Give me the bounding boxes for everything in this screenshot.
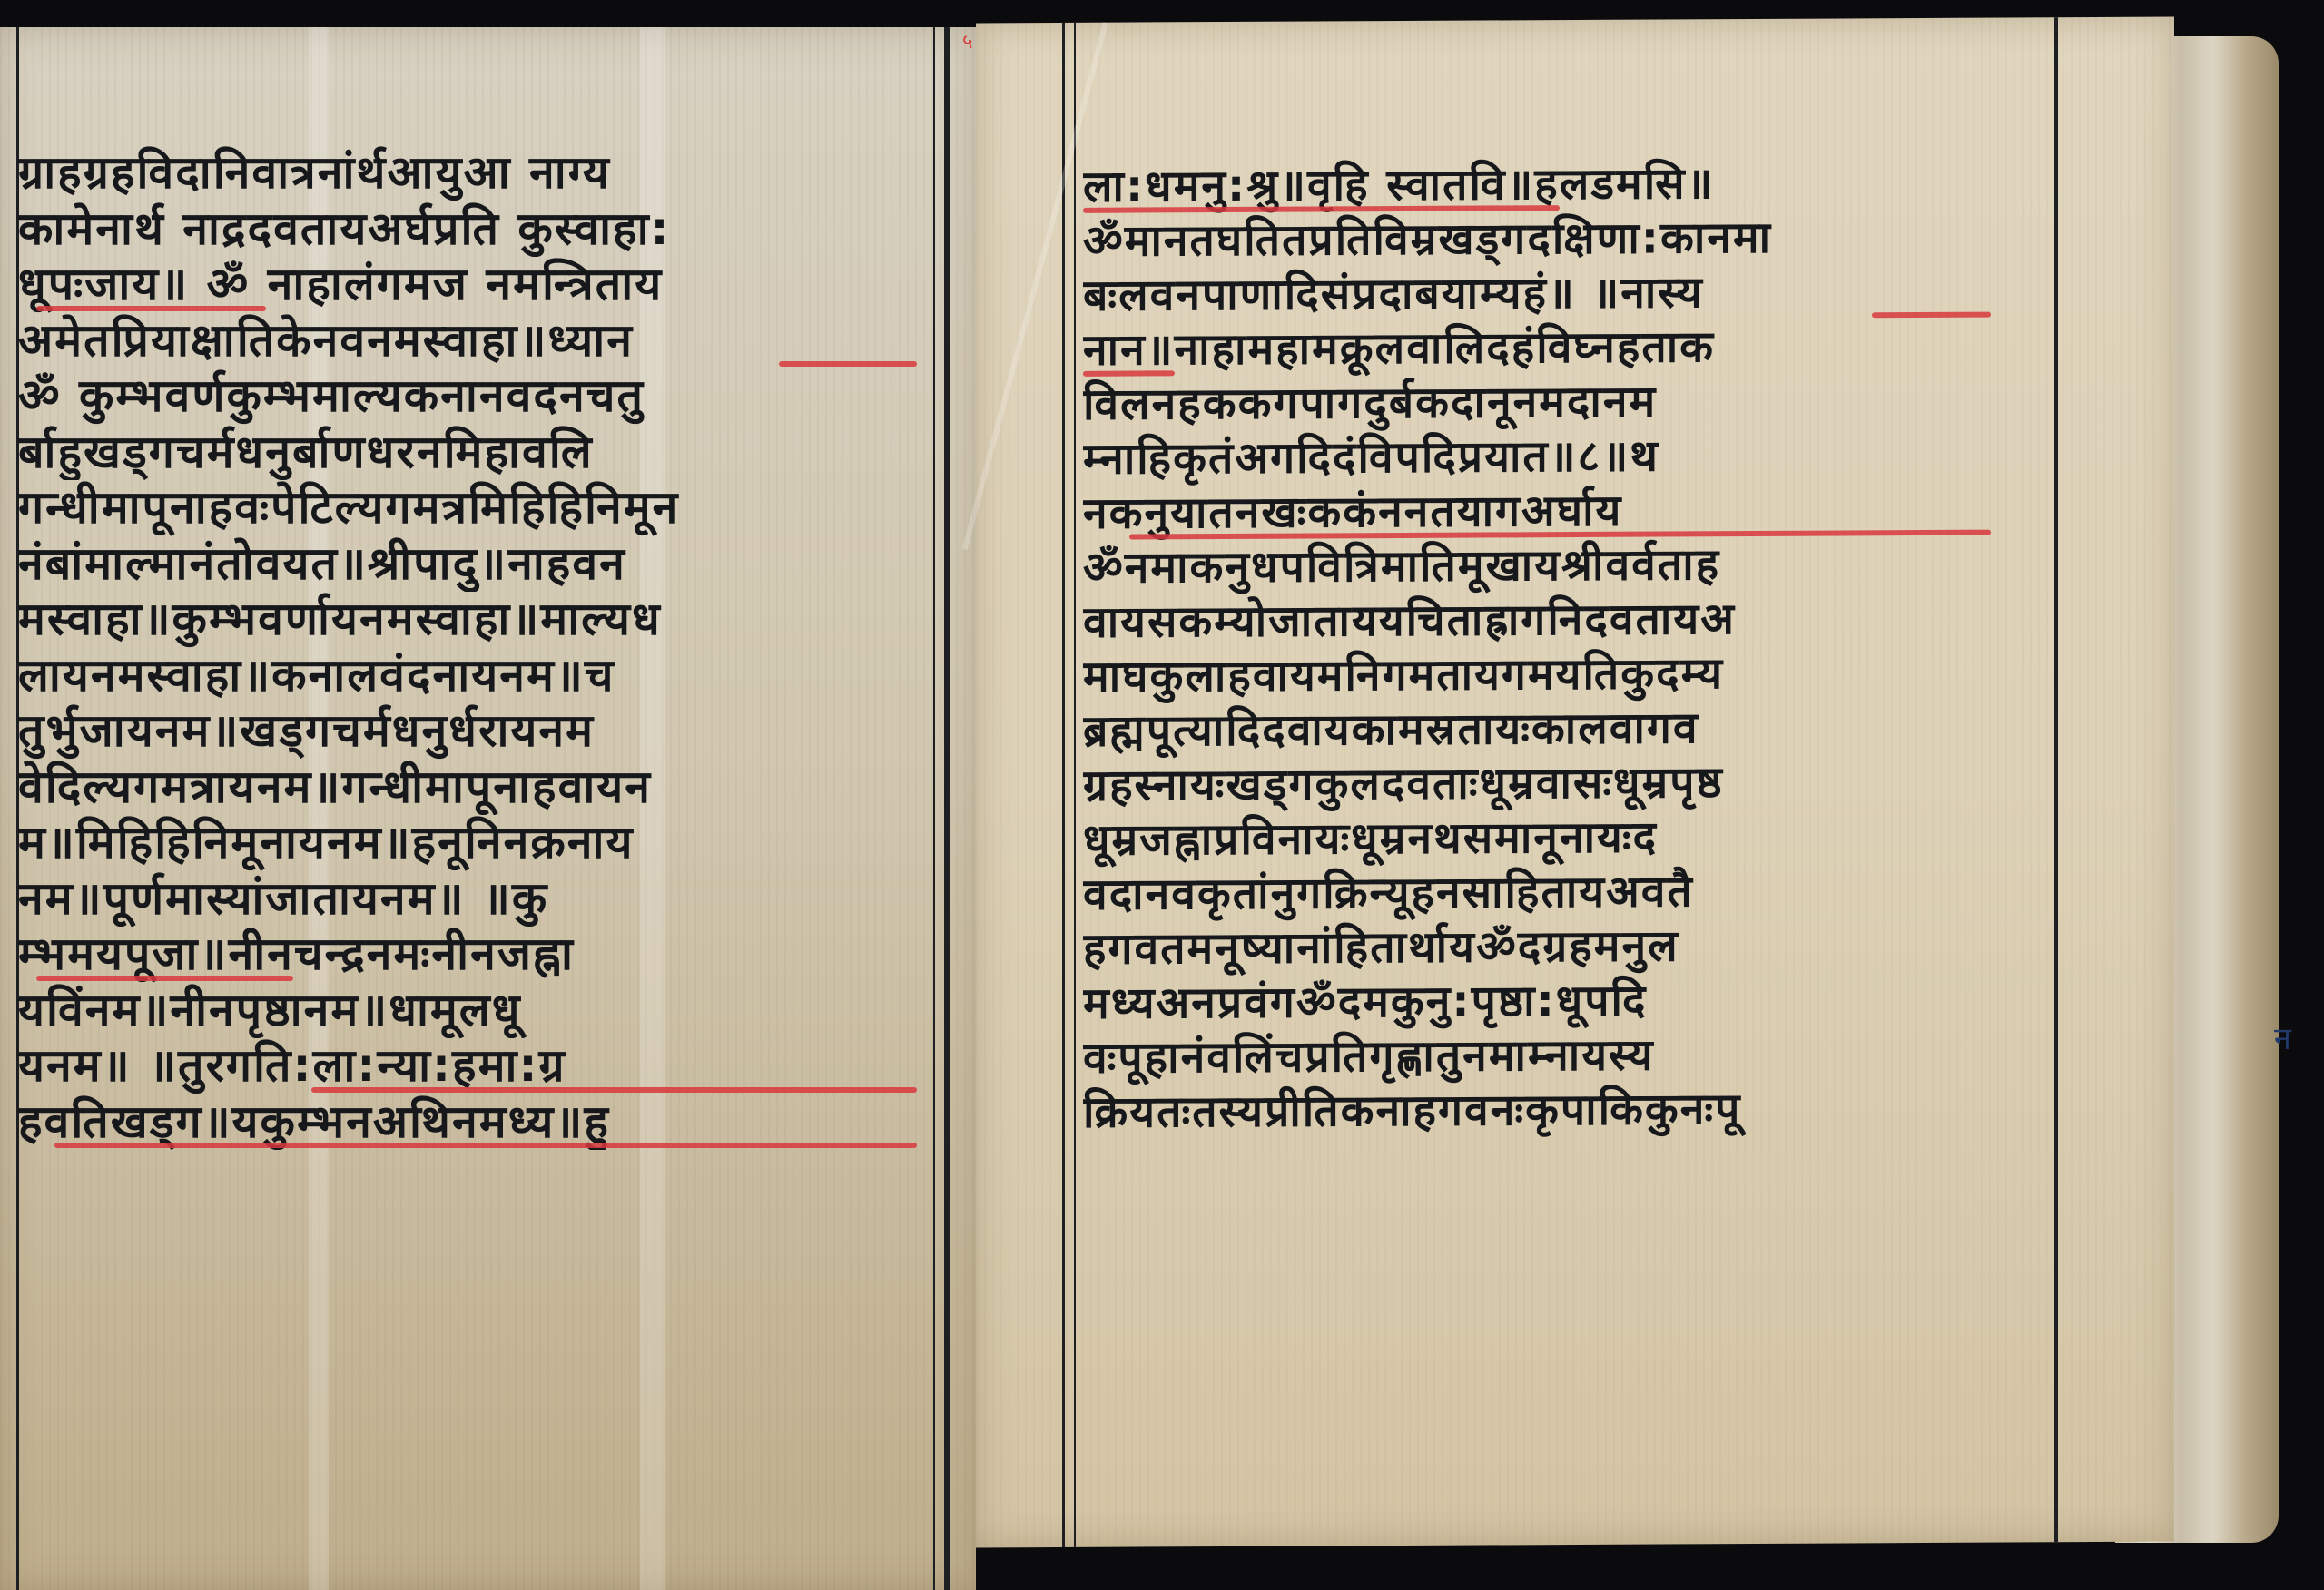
manuscript-line: म्भमयपूजा॥नीनचन्द्रनमःनीनजह्ना bbox=[18, 927, 935, 983]
manuscript-line: नंबांमाल्मानंतोवयत॥श्रीपादु॥नाहवन bbox=[18, 536, 935, 593]
manuscript-line: म॥मिहिहिनिमूनायनम॥हनूनिनक्रनाय bbox=[18, 815, 935, 871]
manuscript-line: ला:धमनु:श्रु॥वृहि स्वातवि॥हलडमसि॥ bbox=[1083, 156, 2000, 215]
red-underline bbox=[1872, 312, 1991, 319]
manuscript-line: हवतिखड्ग॥यकुम्भनअथिनमध्य॥हु bbox=[18, 1094, 935, 1151]
manuscript-line: म्नाहिकृतंअगदिदंविपदिप्रयात॥८॥थ bbox=[1083, 428, 2000, 487]
manuscript-line: वदानवकृतांनुगक्रिन्यूहनसाहितायअवतै bbox=[1083, 864, 2000, 923]
right-margin-rule bbox=[2054, 17, 2058, 1542]
manuscript-line: ग्राहग्रहविदानिवात्रनांर्थआयुआ नाग्य bbox=[18, 145, 935, 201]
right-margin-rule-thick bbox=[944, 27, 950, 1590]
manuscript-line: यनम॥ ॥तुरगति:ला:न्या:हमा:ग्र bbox=[18, 1038, 935, 1094]
manuscript-line: मस्वाहा॥कुम्भवर्णायनमस्वाहा॥माल्यध bbox=[18, 592, 935, 648]
manuscript-line: यविंनम॥नीनपृष्ठानम॥धामूलधू bbox=[18, 983, 935, 1039]
red-underline bbox=[36, 976, 293, 981]
manuscript-line: अमेतप्रियाक्षातिकेनवनमस्वाहा॥ध्यान bbox=[18, 313, 935, 369]
manuscript-line: गन्धीमापूनाहवःपेटिल्यगमत्रमिहिहिनिमून bbox=[18, 480, 935, 536]
open-manuscript: ५ ग्राहग्रहविदानिवात्रनांर्थआयुआ नाग्यका… bbox=[0, 0, 2324, 1590]
manuscript-line: मध्यअनप्रवंगॐदमकुनु:पृष्ठा:धूपदि bbox=[1083, 973, 2000, 1032]
margin-mark: न bbox=[2274, 1016, 2291, 1058]
folio-mark: ५ bbox=[962, 27, 972, 54]
manuscript-line: क्रियतःतस्यप्रीतिकनाहगवनःकृपाकिकुनःपू bbox=[1083, 1082, 2000, 1141]
manuscript-line: ग्रहस्नायःखड्गकुलदवताःधूम्रवासःधूम्रपृष्… bbox=[1083, 755, 2000, 814]
manuscript-line: नकनुयातनखःककंननतयागअर्घाय bbox=[1083, 483, 2000, 542]
manuscript-line: ॐमानतघतितप्रतिविम्रखड्गदक्षिणा:कानमा bbox=[1083, 211, 2000, 270]
manuscript-line: ब्रह्मपूत्यादिदवायकामस्रतायःकालवागव bbox=[1083, 701, 2000, 760]
manuscript-line: वःपूहानंवलिंचप्रतिगृह्णातुनमाम्नायस्य bbox=[1083, 1027, 2000, 1086]
manuscript-line: नम॥पूर्णमास्यांजातायनम॥ ॥कु bbox=[18, 871, 935, 927]
manuscript-line: माघकुलाहवायमनिगमतायगमयतिकुदम्य bbox=[1083, 646, 2000, 705]
manuscript-line: धूपःजाय॥ ॐ नाहालंगमज नमन्त्रिताय bbox=[18, 257, 935, 313]
manuscript-line: नान॥नाहामहामक्रूलवालिदहंविघ्नहताक bbox=[1083, 319, 2000, 378]
red-underline bbox=[54, 1143, 916, 1148]
manuscript-line: हगवतमनूष्यानांहितार्थायॐदग्रहमनुल bbox=[1083, 918, 2000, 977]
manuscript-line: ॐनमाकनुधपवित्रिमातिमूखायश्रीवर्वताह bbox=[1083, 537, 2000, 596]
left-margin-rule-inner bbox=[1074, 23, 1076, 1547]
manuscript-line: बःलवनपाणादिसंप्रदाबयाम्यहं॥ ॥नास्य bbox=[1083, 265, 2000, 324]
manuscript-line: ॐ कुम्भवर्णकुम्भमाल्यकनानवदनचतु bbox=[18, 368, 935, 425]
red-underline bbox=[311, 1087, 917, 1093]
red-underline bbox=[779, 361, 917, 367]
manuscript-line: र्बाहुखड्गचर्मधनुर्बाणधरनमिहावलि bbox=[18, 425, 935, 481]
manuscript-line: लायनमस्वाहा॥कनालवंदनायनम॥च bbox=[18, 648, 935, 704]
manuscript-line: विलनहककगपागदुर्बकदानूनमदानम bbox=[1083, 374, 2000, 433]
left-margin-rule-outer bbox=[1062, 23, 1065, 1547]
left-text-block: ग्राहग्रहविदानिवात्रनांर्थआयुआ नाग्यकामे… bbox=[18, 145, 935, 1150]
right-page: ला:धमनु:श्रु॥वृहि स्वातवि॥हलडमसि॥ॐमानतघत… bbox=[976, 17, 2174, 1548]
right-text-block: ला:धमनु:श्रु॥वृहि स्वातवि॥हलडमसि॥ॐमानतघत… bbox=[1083, 156, 2000, 1141]
manuscript-line: तुर्भुजायनम॥खड्गचर्मधनुर्धरायनम bbox=[18, 703, 935, 760]
left-page: ५ ग्राहग्रहविदानिवात्रनांर्थआयुआ नाग्यका… bbox=[0, 27, 976, 1590]
manuscript-line: धूम्रजह्नाप्रविनायःधूम्रनथसमानूनायःद bbox=[1083, 810, 2000, 869]
red-underline bbox=[36, 306, 266, 311]
manuscript-line: वेदिल्यगमत्रायनम॥गन्धीमापूनाहवायन bbox=[18, 760, 935, 816]
manuscript-line: वायसकम्योजाताययचिताह्रागनिदवतायअ bbox=[1083, 592, 2000, 651]
manuscript-line: कामेनार्थ नाद्रदवतायअर्घप्रति कुस्वाहा: bbox=[18, 201, 935, 258]
red-underline bbox=[1083, 370, 1175, 377]
